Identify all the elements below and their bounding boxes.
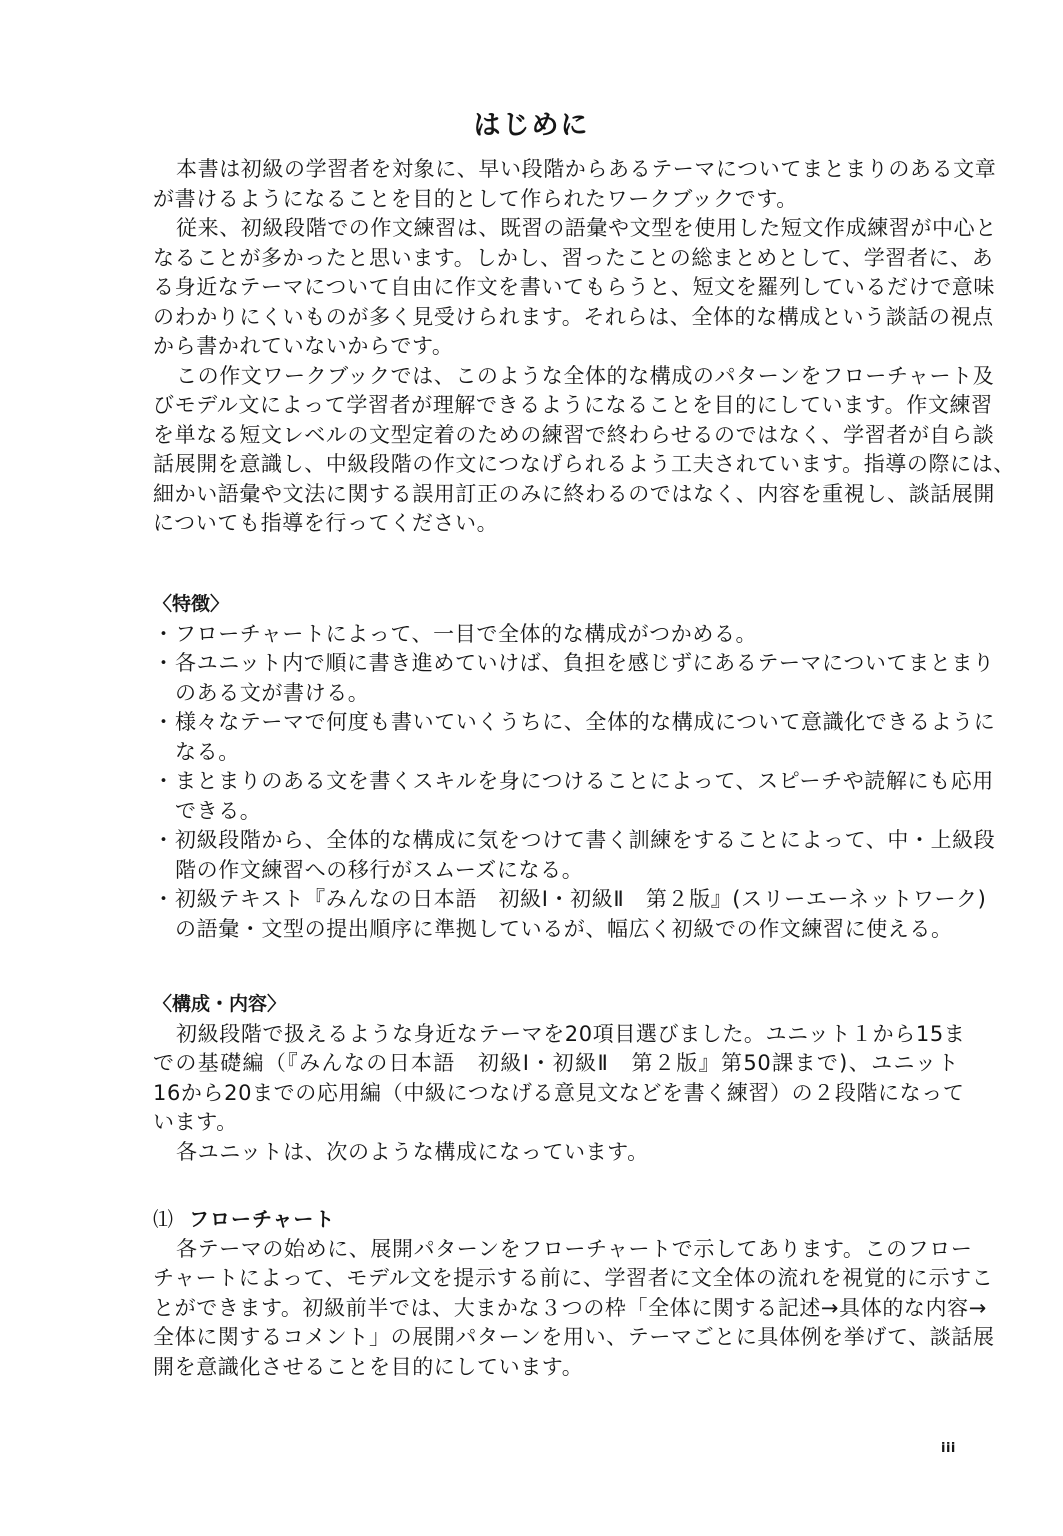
page-number: iii <box>941 1441 956 1456</box>
intro-paragraph-3: この作文ワークブックでは、このような全体的な構成のパターンをフローチャート及 び… <box>153 362 959 539</box>
subsection-heading-flowchart: ⑴フローチャート <box>153 1205 959 1235</box>
bullet-icon: ・ <box>153 826 174 856</box>
text-line: なる。 <box>175 738 959 768</box>
flowchart-paragraph: 各テーマの始めに、展開パターンをフローチャートで示してあります。このフロー チャ… <box>153 1235 959 1383</box>
text-line: 各ユニット内で順に書き進めていけば、負担を感じずにあるテーマについてまとまり <box>175 649 959 679</box>
text-line: 細かい語彙や文法に関する誤用訂正のみに終わるのではなく、内容を重視し、談話展開 <box>153 480 959 510</box>
text-line: が書けるようになることを目的として作られたワークブックです。 <box>153 185 959 215</box>
text-line: のある文が書ける。 <box>175 679 959 709</box>
text-line: 16から20までの応用編（中級につなげる意見文などを書く練習）の２段階になって <box>153 1079 959 1109</box>
feature-item: ・ まとまりのある文を書くスキルを身につけることによって、スピーチや読解にも応用… <box>153 767 959 826</box>
text-line: 初級段階から、全体的な構成に気をつけて書く訓練をすることによって、中・上級段 <box>175 826 959 856</box>
intro-paragraph-1: 本書は初級の学習者を対象に、早い段階からあるテーマについてまとまりのある文章 が… <box>153 155 959 214</box>
structure-section: 〈構成・内容〉 初級段階で扱えるような身近なテーマを20項目選びました。ユニット… <box>153 990 959 1167</box>
text-line: 各ユニットは、次のような構成になっています。 <box>153 1138 959 1168</box>
feature-item: ・ フローチャートによって、一目で全体的な構成がつかめる。 <box>153 620 959 650</box>
bullet-icon: ・ <box>153 767 174 797</box>
structure-paragraph-1: 初級段階で扱えるような身近なテーマを20項目選びました。ユニット１から15ま で… <box>153 1020 959 1138</box>
text-line: できる。 <box>175 797 959 827</box>
subsection-label: フローチャート <box>189 1207 335 1231</box>
text-line: びモデル文によって学習者が理解できるようになることを目的にしています。作文練習 <box>153 391 959 421</box>
text-line: 話展開を意識し、中級段階の作文につなげられるよう工夫されています。指導の際には、 <box>153 450 959 480</box>
feature-item: ・ 様々なテーマで何度も書いていくうちに、全体的な構成について意識化できるように… <box>153 708 959 767</box>
text-line: から書かれていないからです。 <box>153 332 959 362</box>
feature-item: ・ 初級段階から、全体的な構成に気をつけて書く訓練をすることによって、中・上級段… <box>153 826 959 885</box>
text-line: 初級テキスト『みんなの日本語 初級Ⅰ・初級Ⅱ 第２版』(スリーエーネットワーク) <box>175 885 959 915</box>
text-line: る身近なテーマについて自由に作文を書いてもらうと、短文を羅列しているだけで意味 <box>153 273 959 303</box>
text-line: まとまりのある文を書くスキルを身につけることによって、スピーチや読解にも応用 <box>175 767 959 797</box>
bullet-icon: ・ <box>153 649 174 679</box>
text-line: 初級段階で扱えるような身近なテーマを20項目選びました。ユニット１から15ま <box>153 1020 959 1050</box>
text-line: チャートによって、モデル文を提示する前に、学習者に文全体の流れを視覚的に示すこ <box>153 1264 959 1294</box>
intro-section: 本書は初級の学習者を対象に、早い段階からあるテーマについてまとまりのある文章 が… <box>153 155 959 539</box>
features-section: 〈特徴〉 ・ フローチャートによって、一目で全体的な構成がつかめる。 ・ 各ユニ… <box>153 590 959 944</box>
bullet-icon: ・ <box>153 620 174 650</box>
text-line: 各テーマの始めに、展開パターンをフローチャートで示してあります。このフロー <box>153 1235 959 1265</box>
text-line: での基礎編（『みんなの日本語 初級Ⅰ・初級Ⅱ 第２版』第50課まで)、ユニット <box>153 1049 959 1079</box>
text-line: を単なる短文レベルの文型定着のための練習で終わらせるのではなく、学習者が自ら談 <box>153 421 959 451</box>
intro-paragraph-2: 従来、初級段階での作文練習は、既習の語彙や文型を使用した短文作成練習が中心と な… <box>153 214 959 362</box>
text-line: 様々なテーマで何度も書いていくうちに、全体的な構成について意識化できるように <box>175 708 959 738</box>
text-line: 階の作文練習への移行がスムーズになる。 <box>175 856 959 886</box>
bullet-icon: ・ <box>153 708 174 738</box>
text-line: 開を意識化させることを目的にしています。 <box>153 1353 959 1383</box>
subsection-number: ⑴ <box>153 1207 173 1231</box>
text-line: のわかりにくいものが多く見受けられます。それらは、全体的な構成という談話の視点 <box>153 303 959 333</box>
text-line: この作文ワークブックでは、このような全体的な構成のパターンをフローチャート及 <box>153 362 959 392</box>
flowchart-section: ⑴フローチャート 各テーマの始めに、展開パターンをフローチャートで示してあります… <box>153 1205 959 1382</box>
bullet-icon: ・ <box>153 885 174 915</box>
text-line: 本書は初級の学習者を対象に、早い段階からあるテーマについてまとまりのある文章 <box>153 155 959 185</box>
text-line: とができます。初級前半では、大まかな３つの枠「全体に関する記述→具体的な内容→ <box>153 1294 959 1324</box>
text-line: の語彙・文型の提出順序に準拠しているが、幅広く初級での作文練習に使える。 <box>175 915 959 945</box>
text-line: についても指導を行ってください。 <box>153 509 959 539</box>
text-line: います。 <box>153 1108 959 1138</box>
section-heading-features: 〈特徴〉 <box>153 590 959 620</box>
feature-item: ・ 各ユニット内で順に書き進めていけば、負担を感じずにあるテーマについてまとまり… <box>153 649 959 708</box>
page-title: はじめに <box>0 108 1063 144</box>
text-line: なることが多かったと思います。しかし、習ったことの総まとめとして、学習者に、あ <box>153 244 959 274</box>
section-heading-structure: 〈構成・内容〉 <box>153 990 959 1020</box>
text-line: フローチャートによって、一目で全体的な構成がつかめる。 <box>175 620 959 650</box>
structure-paragraph-2: 各ユニットは、次のような構成になっています。 <box>153 1138 959 1168</box>
text-line: 全体に関するコメント」の展開パターンを用い、テーマごとに具体例を挙げて、談話展 <box>153 1323 959 1353</box>
feature-item: ・ 初級テキスト『みんなの日本語 初級Ⅰ・初級Ⅱ 第２版』(スリーエーネットワー… <box>153 885 959 944</box>
text-line: 従来、初級段階での作文練習は、既習の語彙や文型を使用した短文作成練習が中心と <box>153 214 959 244</box>
